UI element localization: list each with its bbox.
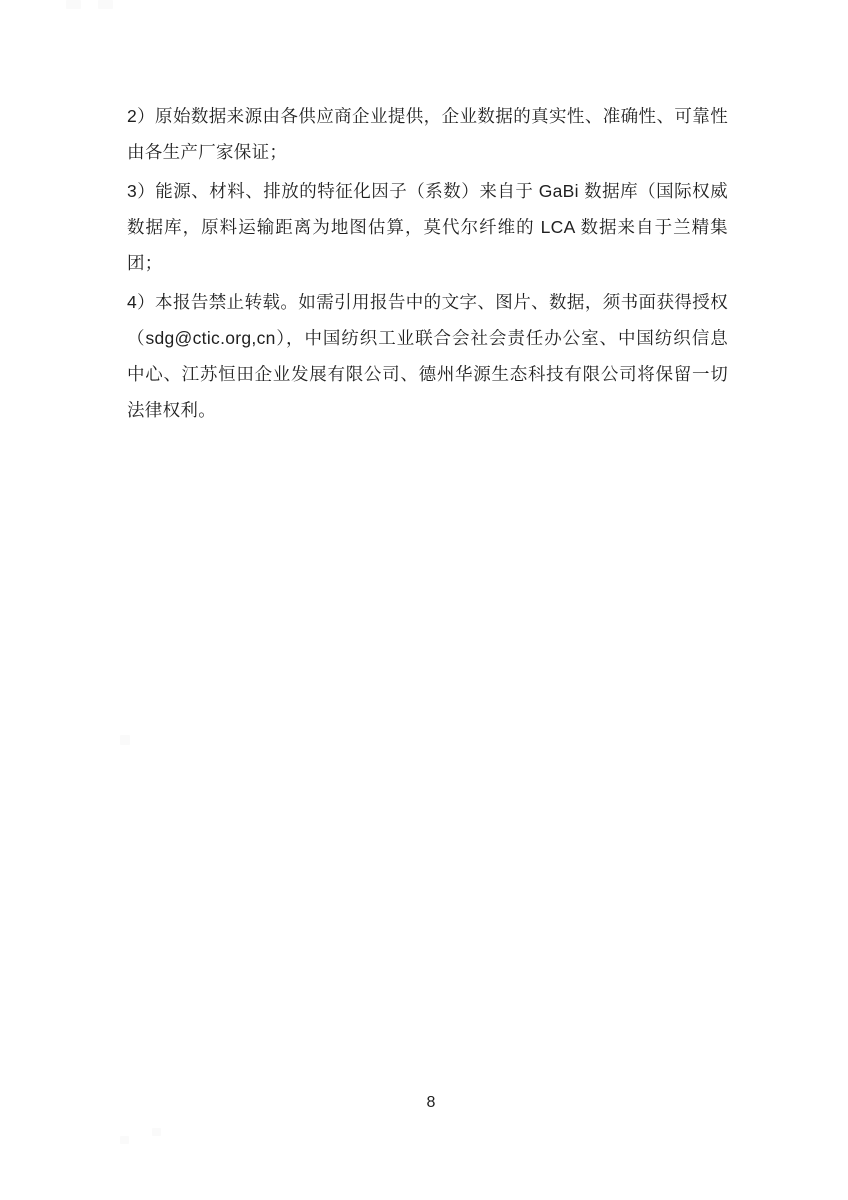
page-content: 2）原始数据来源由各供应商企业提供，企业数据的真实性、准确性、可靠性由各生产厂家… [127,98,728,431]
scan-speck [152,1128,161,1136]
page-footer: 8 [14,1094,848,1112]
scan-speck [120,735,130,745]
scan-speck [66,0,81,9]
page-number: 8 [427,1094,436,1111]
scan-speck [120,1136,129,1144]
paragraph-note-3: 3）能源、材料、排放的特征化因子（系数）来自于 GaBi 数据库（国际权威数据库… [127,173,728,281]
paragraph-note-2: 2）原始数据来源由各供应商企业提供，企业数据的真实性、准确性、可靠性由各生产厂家… [127,98,728,170]
scan-speck [98,0,113,9]
paragraph-note-4: 4）本报告禁止转载。如需引用报告中的文字、图片、数据，须书面获得授权（sdg@c… [127,284,728,428]
document-page: 2）原始数据来源由各供应商企业提供，企业数据的真实性、准确性、可靠性由各生产厂家… [0,0,848,1200]
